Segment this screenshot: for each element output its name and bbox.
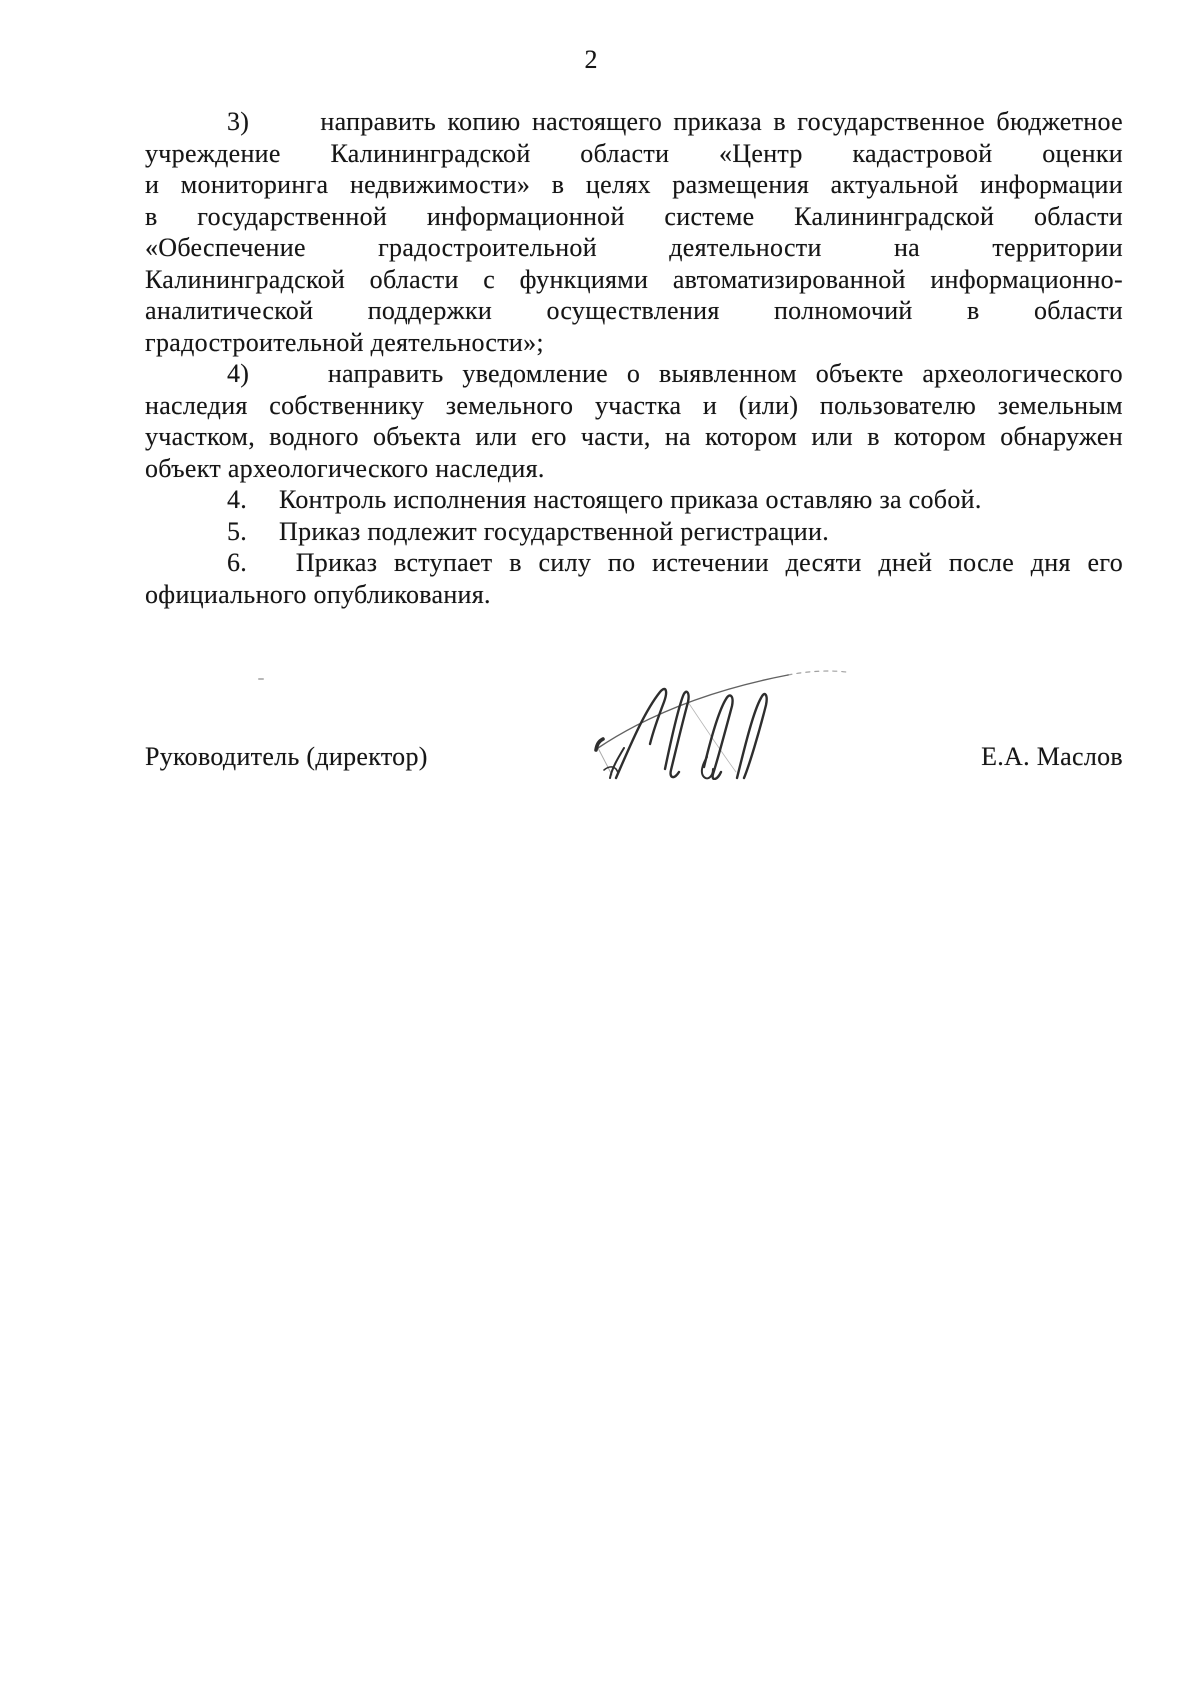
list-marker: 5. — [227, 516, 279, 548]
list-marker: 3) — [227, 106, 309, 138]
text-line: 6.Приказвступаетвсилупоистечениидесятидн… — [145, 547, 1123, 579]
text-line: Калининградскойобластисфункциямиавтомати… — [145, 264, 1123, 296]
signature-name: Е.А. Маслов — [981, 741, 1123, 772]
text-line: вгосударственнойинформационнойсистемеКал… — [145, 201, 1123, 233]
text-line: «Обеспечениеградостроительнойдеятельност… — [145, 232, 1123, 264]
signature-title: Руководитель (директор) — [145, 741, 428, 772]
document-body: 3)направитькопиюнастоящегоприказавгосуда… — [145, 106, 1123, 610]
text-line: 4.Контроль исполнения настоящего приказа… — [145, 484, 1123, 516]
text-line: учреждениеКалининградскойобласти«Центрка… — [145, 138, 1123, 170]
scanned-document-page: 2 3)направитькопиюнастоящегоприказавгосу… — [0, 0, 1200, 1697]
text-line: аналитическойподдержкиосуществленияполно… — [145, 295, 1123, 327]
signature-block: Руководитель (директор) Е.А. Маслов — [145, 741, 1123, 772]
text-line: объект археологического наследия. — [145, 453, 1123, 485]
text-line: наследиясобственникуземельногоучасткаи(и… — [145, 390, 1123, 422]
list-marker: 4) — [227, 358, 309, 390]
scan-artifact-speck — [258, 678, 264, 680]
text-line: имониторинганедвижимости»вцеляхразмещени… — [145, 169, 1123, 201]
text-line: градостроительной деятельности»; — [145, 327, 1123, 359]
text-line: 5.Приказ подлежит государственной регист… — [145, 516, 1123, 548]
text-line: 3)направитькопиюнастоящегоприказавгосуда… — [145, 106, 1123, 138]
text-line: участком,водногообъектаилиегочасти,накот… — [145, 421, 1123, 453]
list-marker: 6. — [227, 547, 279, 579]
text-line: 4)направитьуведомлениеовыявленномобъекте… — [145, 358, 1123, 390]
text-line: официального опубликования. — [145, 579, 1123, 611]
page-number: 2 — [0, 44, 1191, 75]
list-marker: 4. — [227, 484, 279, 516]
